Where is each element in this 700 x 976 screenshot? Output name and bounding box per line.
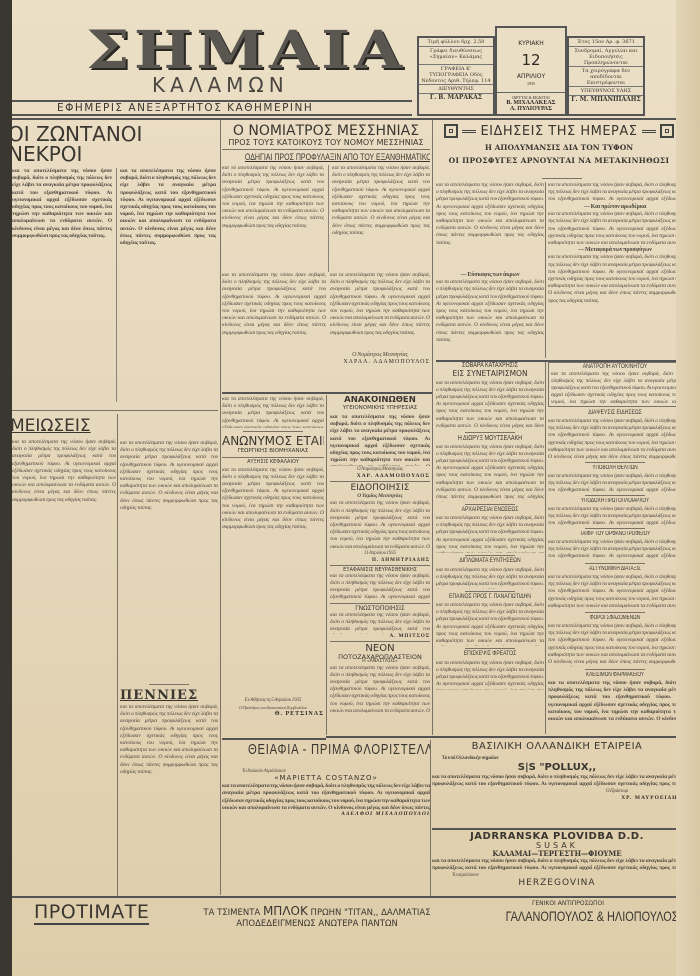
article-nomiatros-sign: και τα αποτελέσματα της νόσου ήσαν σοβαρ… [330,272,430,390]
news-items-right: ΑΝΑΤΡΟΠΗ ΑΥΤΟΚΙΝΗΤΟΥ και τα αποτελέσματα… [548,362,682,734]
subhead: — Εύσκαφις των άκρων [436,272,544,279]
article-text: και τα αποτελέσματα της νόσου ήσαν σοβαρ… [548,574,682,610]
article-text: και τα αποτελέσματα της νόσου ήσαν σοβαρ… [222,396,324,428]
signature-title: Ο Νομίατρος Μεσσηνίας [330,352,430,359]
signature-name: Α. ΜΠΙΤΣΟΣ [330,634,430,639]
headline-episkepsis: ΕΠΙΣΚΕΨΙΣ ΦΡΕΑΤΟΣ [448,651,532,658]
headline-taif: ΤΑΙΦΡ ΤΟΥ ΟΡΦΑΝΟΤΡΟΦΕΙΟΥ [563,531,668,537]
article-zontanoi-nekroi: ΟΙ ΖΩΝΤΑΝΟΙ ΝΕΚΡΟΙ και τα αποτελέσματα τ… [12,122,218,402]
headline-diplomata: ΔΙΠΛΩΜΑΤΑ ΕΥΝΤΗΣΕΩΝ [448,558,532,565]
ad-text: Το υπό Ολλανδικήν σημαίαν [432,755,682,762]
address-label: Γράφει διευθύνσεως «Σημαίαν» Καλάμας [419,47,493,65]
section-rule [330,565,430,566]
footer-ad: ΠΡΟΤΙΜΑΤΕ ΤΑ ΤΣΙΜΕΝΤΑ ΜΠΛΟΚ ΠΡΩΗΝ "ΤΙΤΑΝ… [12,896,700,932]
article-nomiatros: Ο ΝΟΜΙΑΤΡΟΣ ΜΕΣΣΗΝΙΑΣ ΠΡΟΣ ΤΟΥΣ ΚΑΤΟΙΚΟΥ… [222,122,430,272]
signature-name: Θ. ΡΕΤΣΙΝΑΣ [222,711,324,717]
headline-sovara: ΣΟΒΑΡΑ ΚΑΤΑΧΡΗΣΙΣ [448,362,532,369]
headline-2: ΟΙ ΠΡΟΣΦΥΓΕΣ ΑΡΝΟΥΝΤΑΙ ΝΑ ΜΕΤΑΚΙΝΗΘΩΣΙ [436,157,682,165]
article-anonymos-etaireia: και τα αποτελέσματα της νόσου ήσαν σοβαρ… [222,396,324,736]
section-rule [222,392,432,394]
director-name: Γ. Β. ΜΑΡΑΚΑΣ [419,94,493,102]
article-text: και τα αποτελέσματα της νόσου ήσαν σοβαρ… [548,254,682,354]
column-rule [326,395,327,735]
subhead: ΥΓΕΙΟΝΟΜΙΚΗΣ ΥΠΗΡΕΣΙΑΣ [330,406,430,412]
signature-title: Ο Πράκτωρ [432,788,682,795]
article-text: και τα αποτελέσματα της νόσου ήσαν σοβαρ… [436,279,544,358]
date: 11 Απριλίου 1935 [330,550,430,557]
article-prosfyges: και τα αποτελέσματα της νόσου ήσαν σοβαρ… [436,182,544,358]
article-text: και τα αποτελέσματα της νόσου ήσαν σοβαρ… [436,444,544,502]
section-rule [585,528,645,529]
section-rule [330,603,430,604]
article-text: και τα αποτελέσματα της νόσου ήσαν σοβαρ… [436,567,544,589]
article-text: και τα αποτελέσματα της νόσου ήσαν σοβαρ… [116,168,216,402]
article-text: και τα αποτελέσματα της νόσου ήσαν σοβαρ… [436,515,544,553]
editors-label: ΙΔΡΥΤΑΙ & ΕΚΔΟΤΑΙ [497,92,565,100]
article-text: και τα αποτελέσματα της νόσου ήσαν σοβαρ… [436,182,544,272]
ship-name: S|S "POLLUX,, [432,763,682,773]
article-text: και τα αποτελέσματα της νόσου ήσαν σοβαρ… [330,573,430,601]
headline-farmakeia: ΚΛΕΙΣΙΜΟΝ ΦΑΡΜΑΚΕΙΟΥ [563,672,668,678]
ornament-line [462,130,476,133]
column-rule [432,120,433,735]
signature-title: Ο Νομίατρος Μεσσηνίας [330,466,430,473]
headline-anatropi: ΑΝΑΤΡΟΠΗ ΑΥΤΟΚΙΝΗΤΟΥ [565,364,665,371]
article-anakoinothen: ΑΝΑΚΟΙΝΩΘΕΝ ΥΓΕΙΟΝΟΜΙΚΗΣ ΥΠΗΡΕΣΙΑΣ και τ… [330,396,430,736]
subhead: ΓΕΩΡΓΙΚΗΣ ΒΙΟΜΗΧΑΝΙΑΣ [222,449,324,455]
section-rule [585,669,645,670]
article-text: και τα αποτελέσματα της νόσου ήσαν σοβαρ… [330,500,430,550]
price-label: Τιμή φύλλου δρχ. 2.50 [419,38,493,47]
day-number: 12 [497,51,565,69]
article-text: και τα αποτελέσματα της νόσου ήσαν σοβαρ… [330,272,430,352]
ship-name: «ΜΑΡΙΕΤΤΑ COSTANZO» [222,775,430,782]
article-text: και τα αποτελέσματα της νόσου ήσαν σοβαρ… [548,182,682,204]
section-rule [542,178,582,179]
page-binding-edge [0,0,12,976]
article-text: και τα αποτελέσματα της νόσου ήσαν σοβαρ… [548,680,682,720]
headline-ypodochi: ΥΠΟΔΟΧΗ ΠΡΩΤΟΠΛΟΙΑΡΧΟΥ [563,498,668,504]
route: ΚΑΛΑΜΑΙ—ΤΕΡΓΕΣΤΗ—ΦΙΟΥΜΕ [432,850,682,857]
headline-foroi: ΦΟΡΟΙ ΣΦΑΖΟΜΕΝΩΝ [563,615,668,621]
section-rule [243,431,303,432]
article-text: και τα αποτελέσματα της νόσου ήσαν σοβαρ… [222,165,324,272]
subhead: — Και πρώτον αρωδέρκα [548,204,682,211]
masthead-bottom-rule [12,118,682,120]
column-rule [430,740,431,896]
masthead-info-boxes: Τιμή φύλλου δρχ. 2.50 Γράφει διευθύνσεως… [417,22,645,116]
article-text: και τα αποτελέσματα της νόσου ήσαν σοβαρ… [548,506,682,526]
subhead: — Μεταφορά των προσφύγων [548,247,682,254]
column-rule [545,182,546,358]
article-text: και τα αποτελέσματα της νόσου ήσαν σοβαρ… [222,467,324,697]
headline-ypovoli: ΥΠΟΒΟΛΗ ΘΕΛΤΙΩΝ [563,465,668,471]
signature-name: ΧΑΡΑΛ. ΑΔΑΜΟΠΟΥΛΟΣ [330,359,430,365]
section-rule [330,641,430,642]
signature-name: Π. ΔΗΜΗΤΡΙΑΔΗΣ [330,558,430,563]
article-text: και τα αποτελέσματα της νόσου ήσαν σοβαρ… [330,612,430,634]
section-rule [585,563,645,564]
article-meioseis: ΜΕΙΩΣΕΙΣ και τα αποτελέσματα της νόσου ή… [12,414,116,896]
deck: ΑΥΞΗΣΙΣ ΚΕΦΑΛΑΙΟΥ [222,457,324,465]
ad-theiafia-body: Το Ιταλικόν Ατμόπλοιον «ΜΑΡΙΕΤΤΑ COSTANZ… [222,768,430,896]
section-rule [585,612,645,613]
signature-name: ΑΔΕΛΦΟΙ ΜΙΧΑΛΟΠΟΥΛΟΙ [222,811,430,817]
section-rule [585,462,645,463]
footer-line-1: ΤΑ ΤΣΙΜΕΝΤΑ ΜΠΛΟΚ ΠΡΩΗΝ "ΤΙΤΑΝ,, ΔΑΛΜΑΤΙ… [172,905,462,918]
section-rule [222,738,326,740]
ad-theiafia: ΘΕΙΑΦΙΑ - ΠΡΙΜΑ ΦΛΟΡΙΣΤΕΛΛΑ [222,742,430,766]
section-rule [465,648,515,649]
section-rule [330,481,430,482]
article-text: και τα αποτελέσματα της νόσου ήσαν σοβαρ… [330,414,430,466]
ornament-icon [660,124,674,138]
newspaper-page: ΣΗΜΑΙΑ ΚΑΛΑΜΩΝ ΕΦΗΜΕΡΙΣ ΑΝΕΞΑΡΤΗΤΟΣ ΚΑΘΗ… [12,0,700,976]
footer-text: ΤΑ ΤΣΙΜΕΝΤΑ [203,908,263,918]
headline: ΑΝΩΝΥΜΟΣ ΕΤΑΙΡΕΙΑ [222,435,324,447]
headline-astynomiki: ΑΣΤΥΝΟΜΙΚΗ ΔΙΑΤΑΞΙΣ [563,566,668,572]
headline-diorix: Η ΔΙΩΡΥΞ ΜΟΥΤΣΕΛΑΚΗ [448,435,532,442]
article-text: και τα αποτελέσματα της νόσου ήσαν σοβαρ… [12,168,112,402]
headline-archairesiai: ΑΡΧΑΙΡΕΣΙΑΙ ΕΝΩΣΕΩΣ [448,507,532,514]
ornament-line [642,130,656,133]
ad-text: και τα αποτελέσματα της νόσου ήσαν σοβαρ… [432,774,682,788]
ornament-icon [444,124,458,138]
section-rule [465,432,515,433]
article-text: και τα αποτελέσματα της νόσου ήσαν σοβαρ… [12,439,116,889]
section-rule [12,410,218,411]
signature-name: ΧΑΡ. ΑΔΑΜΟΠΟΥΛΟΣ [330,473,430,479]
footer-text: ΠΡΩΗΝ "ΤΙΤΑΝ,, ΔΑΛΜΑΤΙΑΣ [308,908,431,918]
article-text: και τα αποτελέσματα της νόσου ήσαν σοβαρ… [328,165,430,272]
article-text: και τα αποτελέσματα της νόσου ήσαν σοβαρ… [436,380,544,430]
offices-label: ΓΡΑΦΕΙΑ Κ' ΤΥΠΟΓΡΑΦΕΙΑ Οδός Νεδοντος Αρι… [419,65,493,85]
headline: ΜΕΙΩΣΕΙΣ [12,418,116,435]
ad-headline: ΒΑΣΙΛΙΚΗ ΟΛΛΑΝΔΙΚΗ ΕΤΑΙΡΕΙΑ [432,742,682,752]
signature-title: Ο Πρόεδρος του Διοικητικού Συμβουλίου [222,704,324,711]
article-text: και τα αποτελέσματα της νόσου ήσαν σοβαρ… [548,418,682,460]
section-rule [326,736,682,738]
article-text: και τα αποτελέσματα της νόσου ήσαν σοβαρ… [548,473,682,493]
month: ΑΠΡΙΛΙΟΥ [497,73,565,80]
article-text: και τα αποτελέσματα της νόσου ήσαν σοβαρ… [436,602,544,646]
article-text: και τα αποτελέσματα της νόσου ήσαν σοβαρ… [436,660,544,690]
section-eidiseis: ΕΙΔΗΣΕΙΣ ΤΗΣ ΗΜΕΡΑΣ Η ΑΠΟΛΥΜΑΝΣΙΣ ΔΙΑ ΤΟ… [436,122,682,172]
article-text: και τα αποτελέσματα της νόσου ήσαν σοβαρ… [551,371,679,405]
footer-line-2: ΑΠΟΔΕΔΕΙΓΜΕΝΩΣ ΑΝΩΤΕΡΑ ΠΑΝΤΩΝ [172,920,462,929]
masthead: ΣΗΜΑΙΑ ΚΑΛΑΜΩΝ ΕΦΗΜΕΡΙΣ ΑΝΕΞΑΡΤΗΤΟΣ ΚΑΘΗ… [12,0,700,118]
section-rule [465,555,515,556]
article-text: και τα αποτελέσματα της νόσου ήσαν σοβαρ… [548,211,682,247]
director-label: ΔΙΕΥΘΥΝΤΗΣ [419,85,493,94]
footer-prefer: ΠΡΟΤΙΜΑΤΕ [34,903,149,925]
headline: Ο ΝΟΜΙΑΤΡΟΣ ΜΕΣΣΗΝΙΑΣ [222,124,430,138]
footer-right: ΓΕΝΙΚΟΙ ΑΝΤΙΠΡΟΣΩΠΟΙ ΓΑΛΑΝΟΠΟΥΛΟΣ & ΗΛΙΟ… [488,901,648,923]
column-rule [545,362,546,734]
tagline: ΕΦΗΜΕΡΙΣ ΑΝΕΞΑΡΤΗΤΟΣ ΚΑΘΗΜΕΡΙΝΗ [57,102,313,114]
signature-name: ΧΡ. ΜΑΥΡΟΕΙΔΗΣ [432,795,682,800]
year: 1935 [497,81,565,86]
news-items-left: ΣΟΒΑΡΑ ΚΑΤΑΧΡΗΣΙΣ ΕΙΣ ΣΥΝΕΤΑΙΡΙΣΜΟΝ και … [436,362,544,734]
boxed-item-anatropi: ΑΝΑΤΡΟΠΗ ΑΥΤΟΚΙΝΗΤΟΥ και τα αποτελέσματα… [548,362,682,407]
newspaper-title: ΣΗΜΑΙΑ [86,24,406,77]
info-box-right: Έτος 15ον Αρ. φ. 3671 Συνδρομαί, Αγγελία… [567,36,645,116]
info-box-left: Τιμή φύλλου δρχ. 2.50 Γράφει διευθύνσεως… [417,36,495,116]
subhead: Ο Ταμίας Μεσσηνίας [330,493,430,500]
issue-label: Έτος 15ον Αρ. φ. 3671 [569,38,643,47]
subhead: ΠΡΟΣ ΤΟΥΣ ΚΑΤΟΙΚΟΥΣ ΤΟΥ ΝΟΜΟΥ ΜΕΣΣΗΝΙΑΣ [222,139,430,150]
headline-penies: ΠΕΝΝΙΕΣ [120,689,218,702]
headline-diapsevsis: ΔΙΑΨΕΥΣΙΣ ΕΙΔΗΣΕΩΣ [563,410,668,417]
footer-agents-label: ΓΕΝΙΚΟΙ ΑΝΤΙΠΡΟΣΩΠΟΙ [488,901,648,907]
headline-epeiris: ΕΠΑΙΝΟΣ ΠΡΟΣ Γ. ΠΑΝΑΓΙΩΤΙΔΗΝ [448,594,532,601]
editor-2: Α. ΠΥΛΙΟΥΡΑΣ [497,106,565,112]
article-text: και τα αποτελέσματα της νόσου ήσαν σοβαρ… [330,665,430,715]
article-text: και τα αποτελέσματα της νόσου ήσαν σοβαρ… [548,623,682,667]
section-rule [465,591,515,592]
article-text: και τα αποτελέσματα της νόσου ήσαν σοβαρ… [222,272,326,390]
deck: ΟΔΗΓΙΑΙ ΠΡΟΣ ΠΡΟΦΥΛΑΞΙΝ ΑΠΟ ΤΟΥ ΕΞΑΝΘΗΜΑ… [245,153,407,162]
headline: ΟΙ ΖΩΝΤΑΝΟΙ ΝΕΚΡΟΙ [12,124,218,164]
page-margin [676,0,700,976]
article-prosfyges-cont: και τα αποτελέσματα της νόσου ήσαν σοβαρ… [548,182,682,358]
article-text: και τα αποτελέσματα της νόσου ήσαν σοβαρ… [548,539,682,561]
article-meioseis-cont: και τα αποτελέσματα της νόσου ήσαν σοβαρ… [120,440,218,896]
section-rule [465,504,515,505]
article-nomiatros-cont: και τα αποτελέσματα της νόσου ήσαν σοβαρ… [222,272,326,390]
footer-brand: ΜΠΛΟΚ [263,904,308,918]
column-rule [117,414,118,896]
editor-in-charge-label: ΥΠΕΥΘΥΝΟΣ ΥΛΗΣ [569,87,643,96]
headline-1: Η ΑΠΟΛΥΜΑΝΣΙΣ ΔΙΑ ΤΟΝ ΤΥΦΟΝ [436,144,682,152]
section-rule [432,828,682,830]
ad-vasiliki-ollandiki: ΒΑΣΙΛΙΚΗ ΟΛΛΑΝΔΙΚΗ ΕΤΑΙΡΕΙΑ Το υπό Ολλαν… [432,740,682,800]
date-box: ΚΥΡΙΑΚΗ 12 ΑΠΡΙΛΙΟΥ 1935 ΙΔΡΥΤΑΙ & ΕΚΔΟΤ… [495,26,567,116]
eidiseis-banner: ΕΙΔΗΣΕΙΣ ΤΗΣ ΗΜΕΡΑΣ [436,124,682,138]
ad-headline: ΘΕΙΑΦΙΑ - ΠΡΙΜΑ ΦΛΟΡΙΣΤΕΛΛΑ [248,742,404,757]
column-rule [220,120,221,895]
article-text: και τα αποτελέσματα της νόσου ήσαν σοβαρ… [120,704,218,884]
headline-eidopoiisis: ΕΙΔΟΠΟΙΗΣΙΣ [330,484,430,493]
newspaper-subtitle: ΚΑΛΑΜΩΝ [152,74,289,96]
ship-name: HERZEGOVINA [432,879,682,888]
subscriptions-label: Συνδρομαί, Αγγελίαι και Ειδοποιήσεις Προ… [569,47,643,67]
weekday: ΚΥΡΙΑΚΗ [497,40,565,47]
subhead: ΕΙΣ ΣΥΝΕΤΑΙΡΙΣΜΟΝ [436,370,544,378]
manuscripts-label: Τα χειρόγραφα δεν αποδίδονται Επιστρέφον… [569,67,643,87]
dateline: Εν Αθήναις τη 5 Απριλίου 1935 [222,697,324,704]
section-rule [585,495,645,496]
ad-jadranska: JADRRANSKA PLOVIDBA D.D. SUSAK ΚΑΛΑΜΑΙ—Τ… [432,832,682,896]
footer-center: ΤΑ ΤΣΙΜΕΝΤΑ ΜΠΛΟΚ ΠΡΩΗΝ "ΤΙΤΑΝ,, ΔΑΛΜΑΤΙ… [172,905,462,928]
footer-agents-names: ΓΑΛΑΝΟΠΟΥΛΟΣ & ΗΛΙΟΠΟΥΛΟΣ [506,909,631,923]
editor-in-charge-name: Γ. Μ. ΜΠΑΝΙΠΑΛΗΣ [569,96,643,104]
ad-text: και τα αποτελέσματα της νόσου ήσαν σοβαρ… [222,783,430,811]
section-rule [149,684,189,685]
ad-text: και τα αποτελέσματα της νόσου ήσαν σοβαρ… [432,858,682,872]
headline: ΑΝΑΚΟΙΝΩΘΕΝ [330,396,430,405]
headline-exafanisis: ΕΞΑΦΑΝΙΣΙΣ ΝΕΥΡΑΣΘΕΝΙΚΗΣ [330,568,430,573]
banner-title: ΕΙΔΗΣΕΙΣ ΤΗΣ ΗΜΕΡΑΣ [480,125,637,138]
article-text: και τα αποτελέσματα της νόσου ήσαν σοβαρ… [120,440,218,680]
